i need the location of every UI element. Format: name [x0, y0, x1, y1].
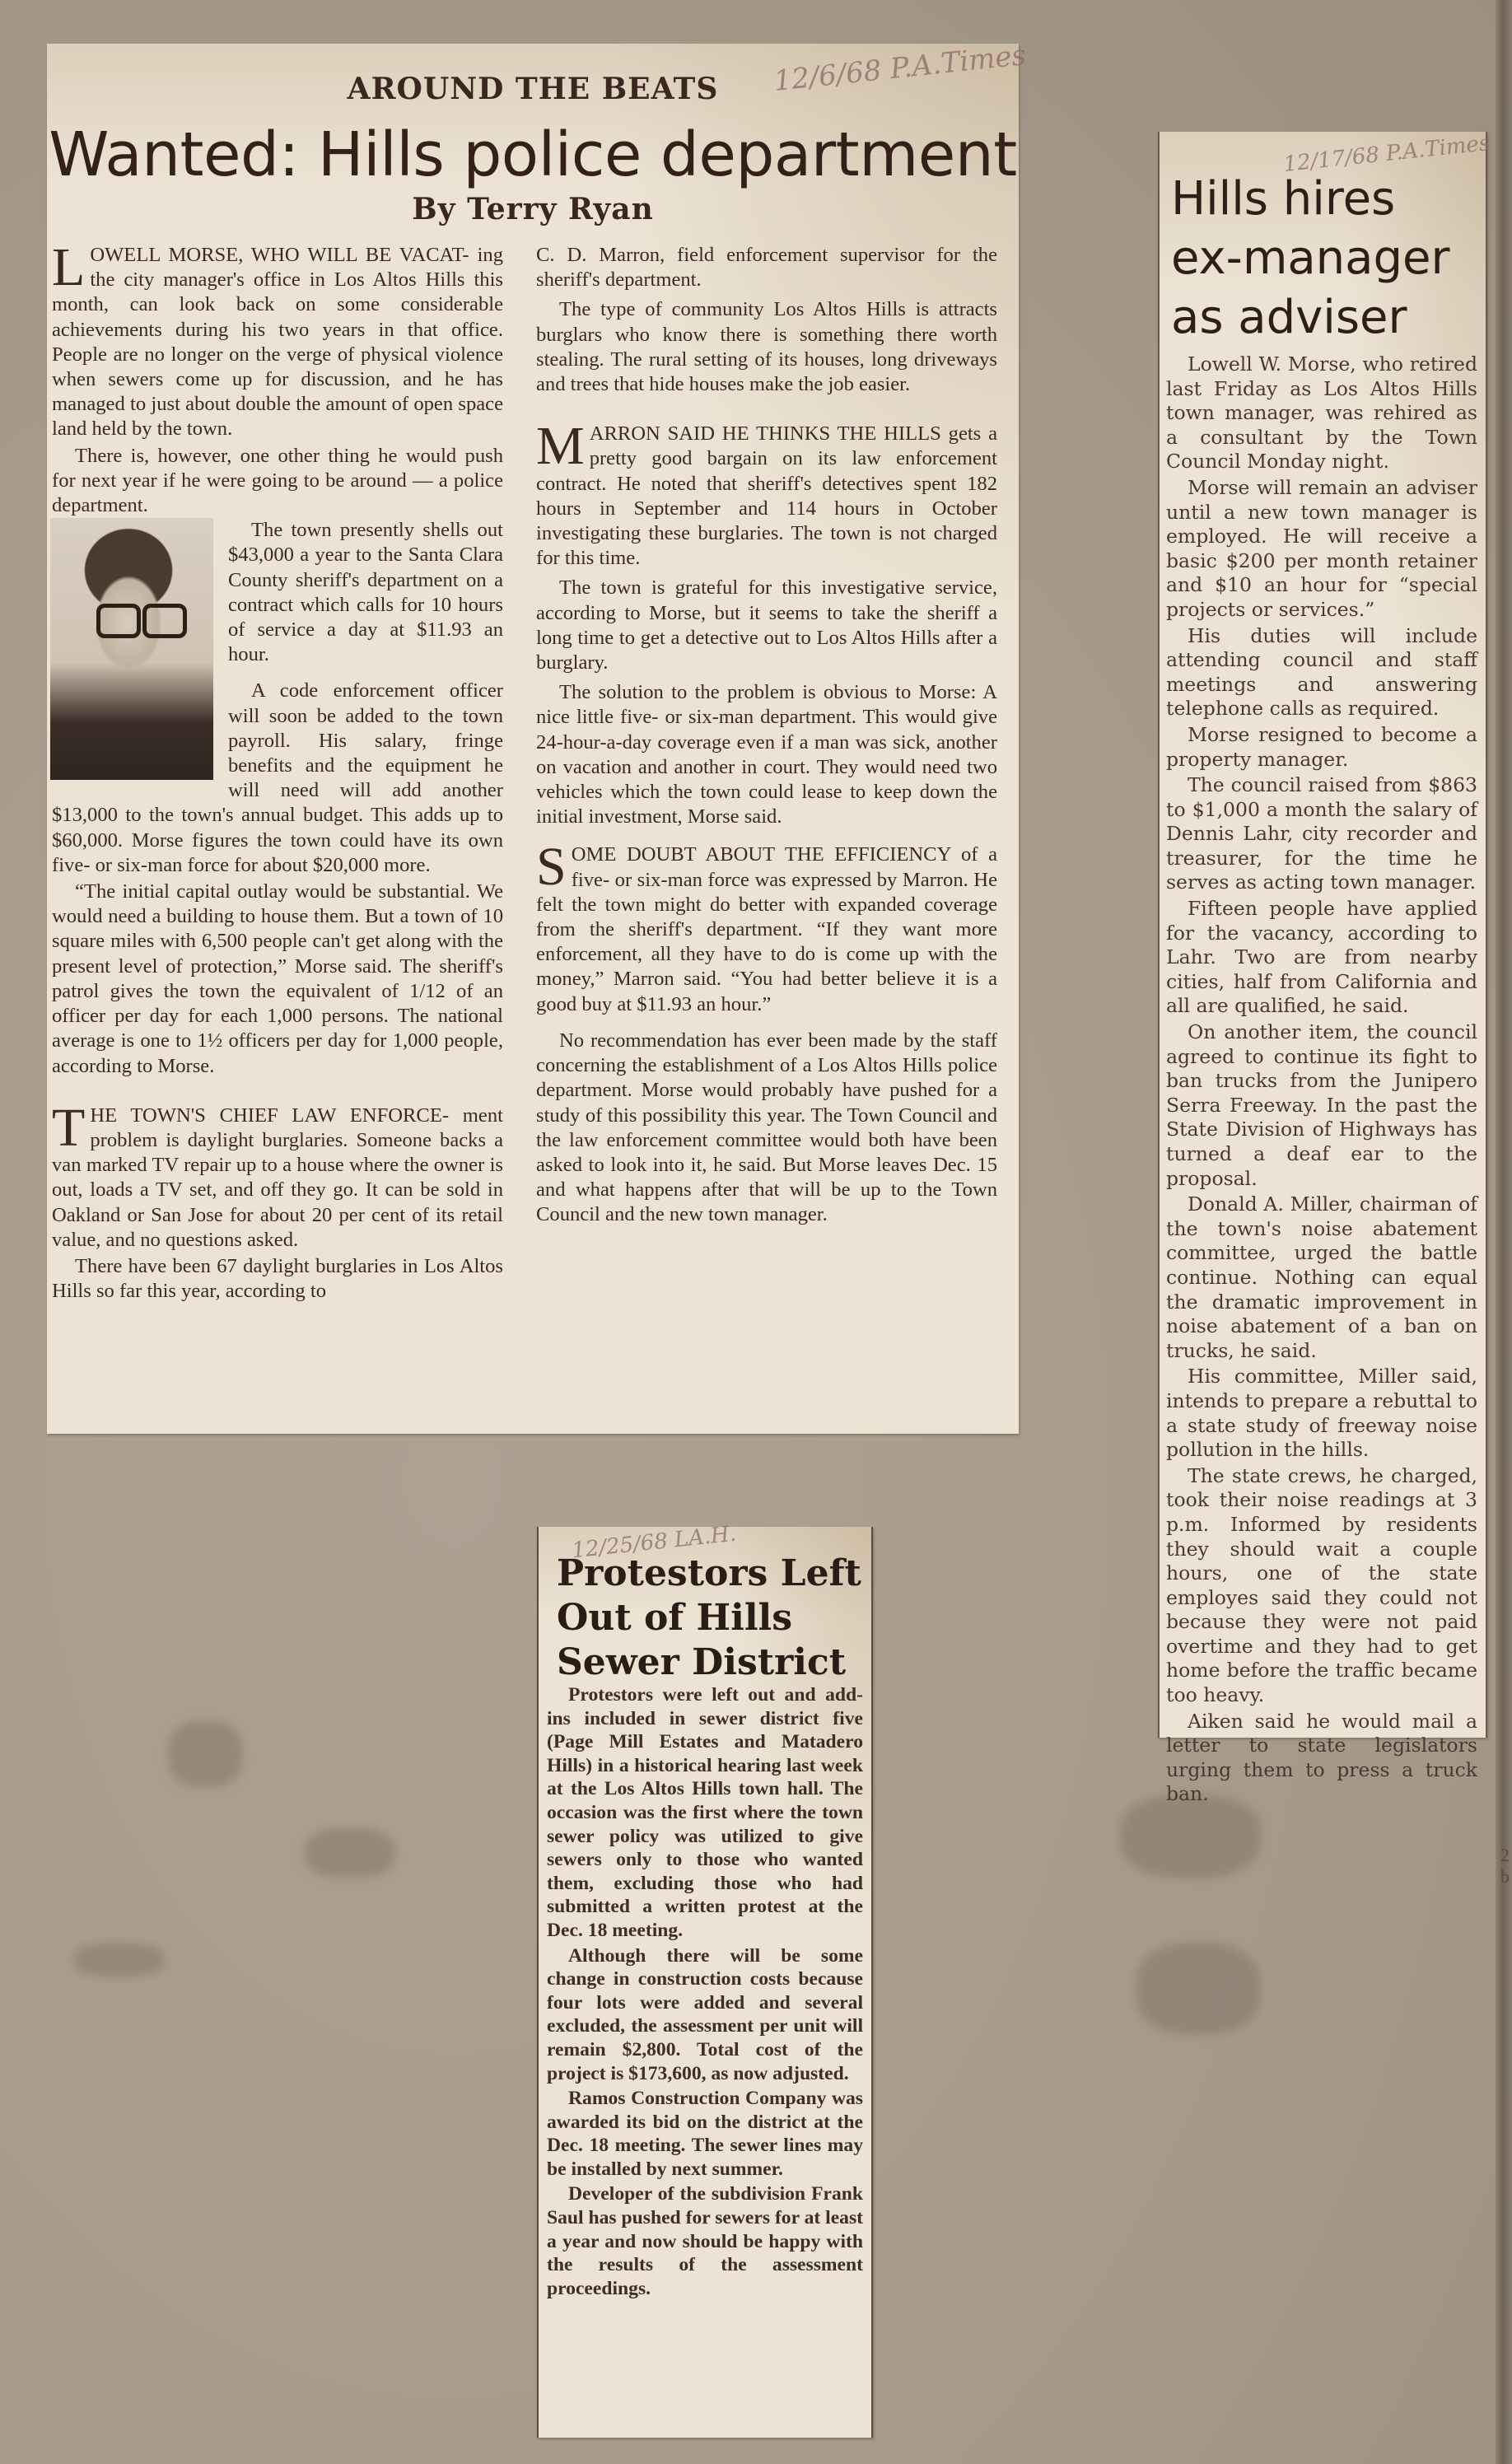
- paragraph-text: ing the city manager's office in Los Alt…: [52, 244, 503, 440]
- drop-cap: M: [536, 425, 585, 468]
- paragraph: On another item, the council agreed to c…: [1166, 1020, 1477, 1191]
- paragraph: His committee, Miller said, intends to p…: [1166, 1365, 1477, 1462]
- paragraph: Aiken said he would mail a letter to sta…: [1166, 1710, 1477, 1807]
- paragraph: C. D. Marron, field enforcement supervis…: [536, 243, 997, 292]
- portrait-photo: [50, 518, 213, 780]
- article-body: Protestors were left out and add-ins inc…: [547, 1683, 863, 2300]
- paragraph: SOME DOUBT ABOUT THE EFFICIENCY of a fiv…: [536, 842, 997, 1016]
- paragraph: MARRON SAID HE THINKS THE HILLS gets a p…: [536, 422, 997, 571]
- clipping-hills-hires-ex-manager: 12/17/68 P.A.Times Hills hires ex-manage…: [1158, 132, 1487, 1738]
- glue-stain: [1120, 1795, 1260, 1878]
- paragraph: The town is grateful for this investigat…: [536, 576, 997, 675]
- article-column-1: LOWELL MORSE, WHO WILL BE VACAT- ing the…: [52, 243, 503, 1304]
- paragraph-text: of a five- or six-man force was expresse…: [536, 843, 997, 1015]
- paragraph: Morse resigned to become a property mana…: [1166, 723, 1477, 772]
- column-kicker: AROUND THE BEATS: [47, 72, 1019, 106]
- glue-stain: [305, 1828, 395, 1878]
- headline-line: Sewer District: [557, 1640, 861, 1685]
- paragraph: The solution to the problem is obvious t…: [536, 680, 997, 829]
- paragraph: THE TOWN'S CHIEF LAW ENFORCE- ment probl…: [52, 1104, 503, 1253]
- paragraph: Lowell W. Morse, who retired last Friday…: [1166, 352, 1477, 474]
- article-body: Lowell W. Morse, who retired last Friday…: [1166, 352, 1477, 1807]
- drop-cap: L: [52, 246, 85, 289]
- paragraph: His duties will include attending counci…: [1166, 624, 1477, 721]
- paragraph: The council raised from $863 to $1,000 a…: [1166, 773, 1477, 895]
- lead-in-caps: HE TOWN'S CHIEF LAW ENFORCE-: [90, 1104, 449, 1127]
- paragraph: No recommendation has ever been made by …: [536, 1029, 997, 1228]
- paragraph: Although there will be some change in co…: [547, 1944, 863, 2086]
- drop-cap: S: [536, 846, 567, 889]
- paragraph: Morse will remain an adviser until a new…: [1166, 476, 1477, 623]
- headline-line: Out of Hills: [557, 1596, 861, 1640]
- lead-in-caps: OWELL MORSE, WHO WILL BE VACAT-: [90, 244, 469, 266]
- clipping-wanted-hills-police-department: 12/6/68 P.A.Times AROUND THE BEATS Wante…: [47, 44, 1019, 1434]
- paragraph: There have been 67 daylight burglaries i…: [52, 1254, 503, 1304]
- glue-stain: [169, 1721, 243, 1787]
- paragraph: The state crews, he charged, took their …: [1166, 1464, 1477, 1708]
- paragraph: There is, however, one other thing he wo…: [52, 444, 503, 519]
- paragraph: LOWELL MORSE, WHO WILL BE VACAT- ing the…: [52, 243, 503, 442]
- clipping-protestors-left-out: 12/25/68 LA.H. Protestors Left Out of Hi…: [537, 1527, 873, 2438]
- paragraph: Donald A. Miller, chairman of the town's…: [1166, 1192, 1477, 1363]
- paragraph: Protestors were left out and add-ins inc…: [547, 1683, 863, 1943]
- glue-stain: [1136, 1944, 1260, 2034]
- scrapbook-board-edge: [1496, 0, 1512, 2464]
- paragraph: Fifteen people have applied for the vaca…: [1166, 897, 1477, 1019]
- edge-marks: 2 b: [1500, 1845, 1512, 1888]
- paragraph: The type of community Los Altos Hills is…: [536, 297, 997, 397]
- headline: Wanted: Hills police department: [47, 119, 1019, 190]
- glue-stain: [74, 1944, 165, 1976]
- paragraph: “The initial capital outlay would be sub…: [52, 880, 503, 1079]
- lead-in-caps: OME DOUBT ABOUT THE EFFICIENCY: [572, 843, 951, 866]
- lead-in-caps: ARRON SAID HE THINKS THE HILLS: [590, 422, 941, 445]
- byline: By Terry Ryan: [47, 192, 1019, 226]
- headline-line: Protestors Left: [557, 1552, 861, 1596]
- paragraph: Developer of the subdivision Frank Saul …: [547, 2182, 863, 2300]
- headline: Protestors Left Out of Hills Sewer Distr…: [557, 1552, 861, 1685]
- article-column-2: C. D. Marron, field enforcement supervis…: [536, 243, 997, 1228]
- paragraph: Ramos Construction Company was awarded i…: [547, 2087, 863, 2181]
- glasses-icon: [96, 604, 184, 632]
- headline: Hills hires ex-manager as adviser: [1171, 170, 1476, 348]
- drop-cap: T: [52, 1107, 85, 1150]
